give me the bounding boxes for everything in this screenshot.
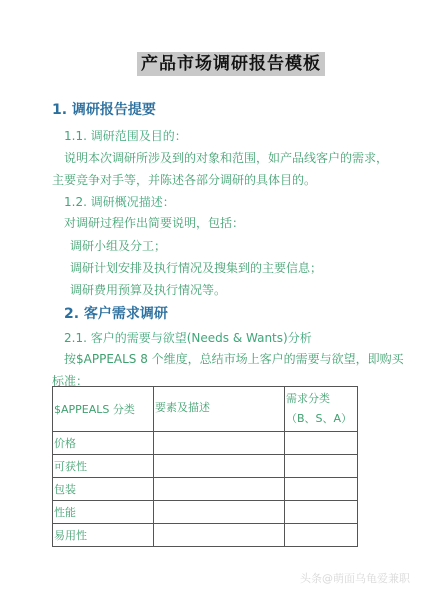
paragraph-line: 按$APPEALS 8 个维度，总结市场上客户的需要与欲望，即购买 (64, 350, 404, 367)
table-cell (154, 524, 285, 547)
table-row: 性能 (53, 501, 358, 524)
list-item: 调研小组及分工； (70, 237, 166, 254)
table-cell (285, 478, 358, 501)
table-cell: 易用性 (53, 524, 154, 547)
table-header-row: $APPEALS 分类 要素及描述 需求分类（B、S、A） (53, 387, 358, 432)
document-title: 产品市场调研报告模板 (137, 52, 325, 76)
appeals-table: $APPEALS 分类 要素及描述 需求分类（B、S、A） 价格 可获性 包装 … (52, 386, 358, 547)
table-cell (285, 524, 358, 547)
watermark: 头条@萌面乌龟爱兼职 (300, 570, 410, 586)
table-row: 可获性 (53, 455, 358, 478)
table-cell: 可获性 (53, 455, 154, 478)
table-cell: 性能 (53, 501, 154, 524)
table-row: 包装 (53, 478, 358, 501)
section-2-heading: 2. 客户需求调研 (64, 303, 168, 323)
paragraph-line: 主要竞争对手等，并陈述各部分调研的具体目的。 (52, 171, 316, 188)
table-cell (285, 432, 358, 455)
table-cell (285, 455, 358, 478)
section-2-1-heading: 2.1. 客户的需要与欲望(Needs & Wants)分析 (64, 329, 312, 346)
table-cell (154, 501, 285, 524)
section-1-1-heading: 1.1. 调研范围及目的： (64, 127, 187, 144)
table-cell (285, 501, 358, 524)
table-row: 易用性 (53, 524, 358, 547)
table-cell: 价格 (53, 432, 154, 455)
paragraph-line: 对调研过程作出简要说明，包括： (64, 214, 244, 231)
table-header-cell: $APPEALS 分类 (53, 387, 154, 432)
list-item: 调研费用预算及执行情况等。 (70, 281, 226, 298)
section-1-2-heading: 1.2. 调研概况描述： (64, 193, 175, 210)
section-1-heading: 1. 调研报告提要 (52, 99, 156, 119)
table-cell (154, 432, 285, 455)
table-header-cell: 要素及描述 (154, 387, 285, 432)
table-row: 价格 (53, 432, 358, 455)
list-item: 调研计划安排及执行情况及搜集到的主要信息； (70, 259, 322, 276)
paragraph-line: 说明本次调研所涉及到的对象和范围，如产品线客户的需求， (64, 149, 388, 166)
table-header-cell: 需求分类（B、S、A） (285, 387, 358, 432)
table-cell (154, 455, 285, 478)
table-cell (154, 478, 285, 501)
table-cell: 包装 (53, 478, 154, 501)
